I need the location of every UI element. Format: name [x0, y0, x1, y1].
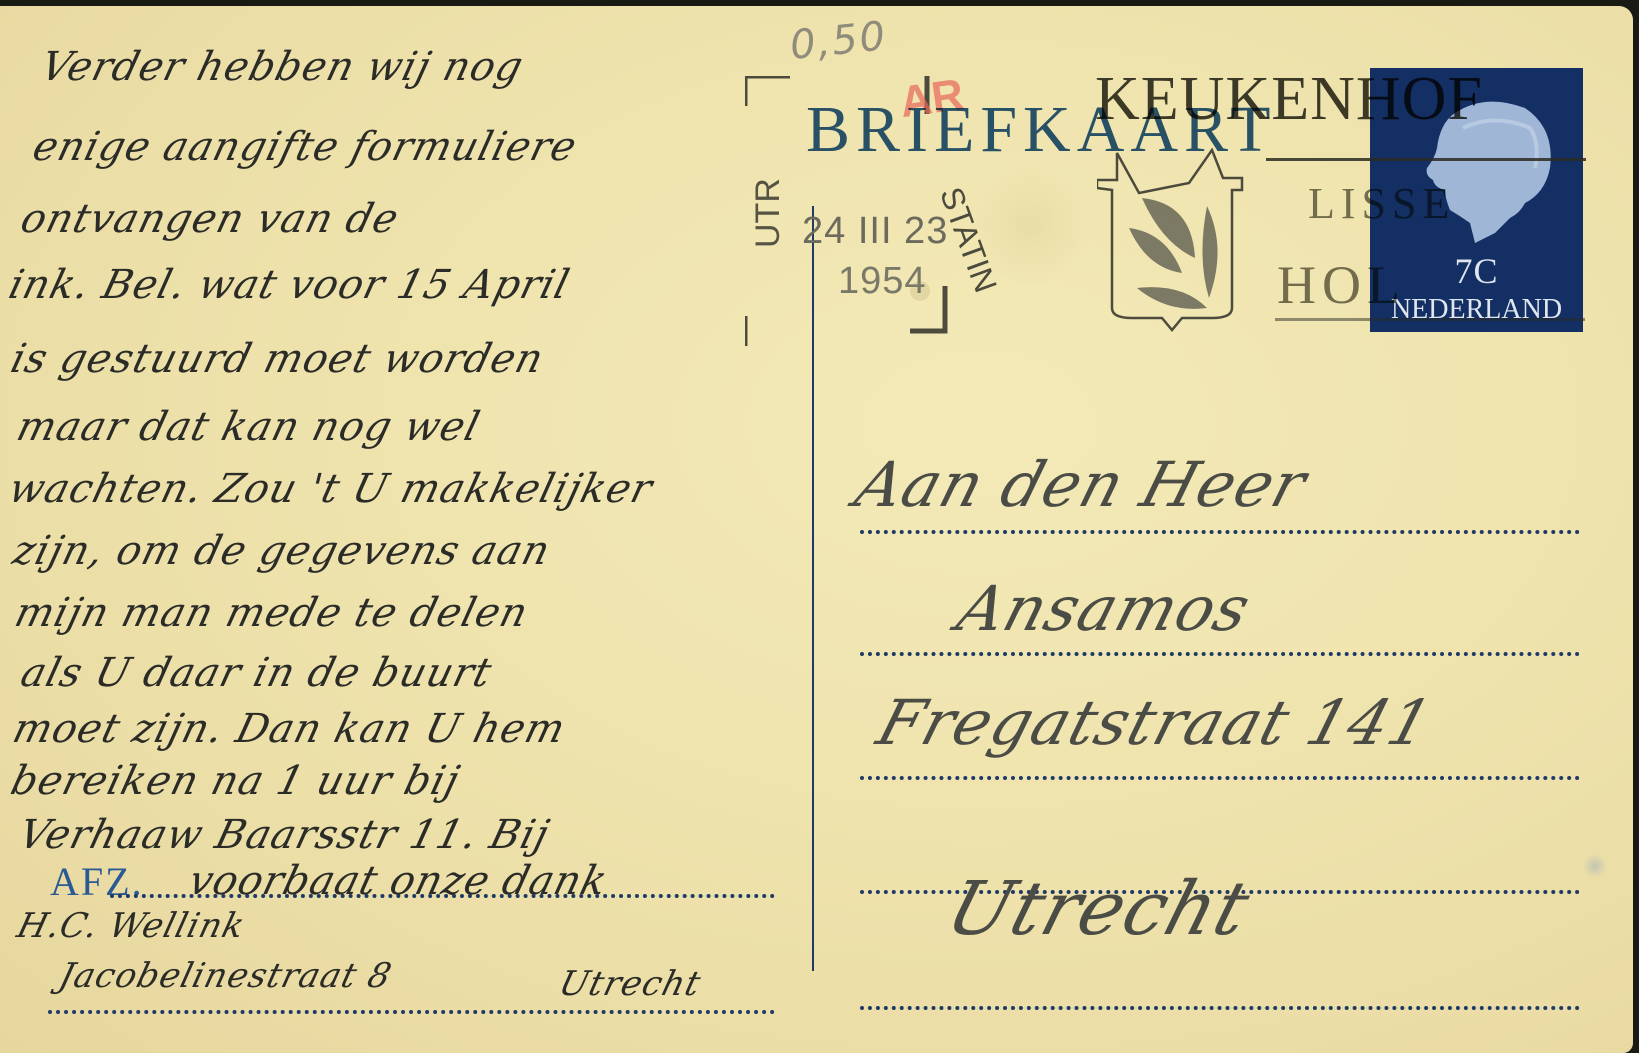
message-line: enige aangifte formuliere: [28, 124, 582, 170]
postcard: 0,50 UTR STATIN AR 24 III 23 1954 BRIEFK…: [0, 6, 1633, 1053]
message-line: zijn, om de gegevens aan: [8, 528, 555, 574]
message-line: voorbaat onze dank: [184, 858, 612, 904]
message-line: wachten. Zou 't U makkelijker: [4, 466, 657, 512]
recipient-line-4: Utrecht: [938, 866, 1260, 952]
message-line: moet zijn. Dan kan U hem: [8, 706, 570, 752]
cancel-line: [1266, 158, 1586, 161]
cancel-line: [1275, 318, 1585, 321]
message-line: ontvangen van de: [16, 196, 404, 242]
message-line: mijn man mede te delen: [10, 590, 533, 636]
address-dotted-line: [860, 530, 1580, 534]
message-line: maar dat kan nog wel: [12, 404, 485, 450]
cancel-town-line1: LISSE: [1308, 178, 1455, 229]
pencil-price-note: 0,50: [788, 13, 889, 69]
postmark-date: 24 III 23: [802, 210, 948, 253]
address-dotted-line: [860, 776, 1580, 780]
sender-name: H.C. Wellink: [13, 906, 249, 946]
message-line: Verder hebben wij nog: [36, 44, 528, 90]
cancel-town-line2: HOL: [1277, 254, 1406, 316]
recipient-line-3: Fregatstraat 141: [870, 686, 1441, 759]
message-line: bereiken na 1 uur bij: [6, 758, 464, 804]
tulip-crest-icon: [1097, 148, 1247, 333]
address-dotted-line: [860, 1006, 1580, 1010]
recipient-line-2: Ansamos: [950, 572, 1259, 645]
sender-dotted-line: [48, 1010, 775, 1014]
message-line: als U daar in de buurt: [16, 650, 497, 696]
address-dotted-line: [860, 652, 1580, 656]
message-line: is gestuurd moet worden: [6, 336, 548, 382]
sender-street: Jacobelinestraat 8: [55, 956, 396, 996]
postmark-town-text: UTR: [749, 178, 787, 248]
postmark-year: 1954: [838, 260, 927, 303]
recipient-line-1: Aan den Heer: [848, 448, 1315, 521]
message-line: ink. Bel. wat voor 15 April: [4, 262, 574, 308]
sender-city: Utrecht: [555, 964, 705, 1004]
message-line: Verhaaw Baarsstr 11. Bij: [14, 812, 554, 858]
slogan-cancel-text: KEUKENHOF: [1095, 64, 1483, 135]
